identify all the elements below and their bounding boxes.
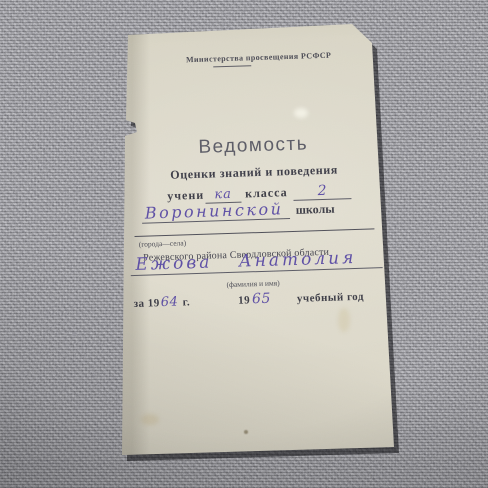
document-subtitle: Оценки знаний и поведения bbox=[131, 161, 376, 184]
school-label: школы bbox=[296, 202, 335, 217]
name-note: (фамилия и имя) bbox=[203, 278, 303, 290]
year-g-abbrev: г. bbox=[179, 296, 190, 308]
class-label: класса bbox=[245, 185, 288, 200]
student-name-line: Ежова Анатолия bbox=[130, 249, 382, 276]
horizontal-rule bbox=[135, 228, 375, 237]
ministry-underline bbox=[213, 65, 251, 67]
year-suffix-label: учебный год bbox=[297, 291, 364, 305]
handwritten-year-start: 64 bbox=[161, 295, 179, 311]
ministry-header: Министерства просвещения РСФСР bbox=[186, 51, 332, 65]
handwritten-school-name: Воронинской bbox=[142, 201, 290, 223]
document-content: Министерства просвещения РСФСР Ведомость… bbox=[0, 0, 488, 488]
photo-scene: Министерства просвещения РСФСР Ведомость… bbox=[0, 0, 488, 488]
school-line: Воронинскойшколы bbox=[142, 200, 335, 224]
handwritten-class-value: 2 bbox=[293, 183, 351, 201]
student-prefix-label: учени bbox=[167, 188, 204, 203]
handwritten-student-name: Ежова Анатолия bbox=[130, 249, 382, 276]
document-title: Ведомость bbox=[130, 131, 376, 161]
school-year-line: за 1964 г.1965учебный год bbox=[133, 288, 364, 311]
handwritten-year-end: 65 bbox=[252, 291, 271, 308]
city-village-note: (города—села) bbox=[139, 238, 187, 248]
year-prefix-label: за 19 bbox=[133, 297, 160, 310]
year-printed-19: 19 bbox=[238, 294, 250, 306]
